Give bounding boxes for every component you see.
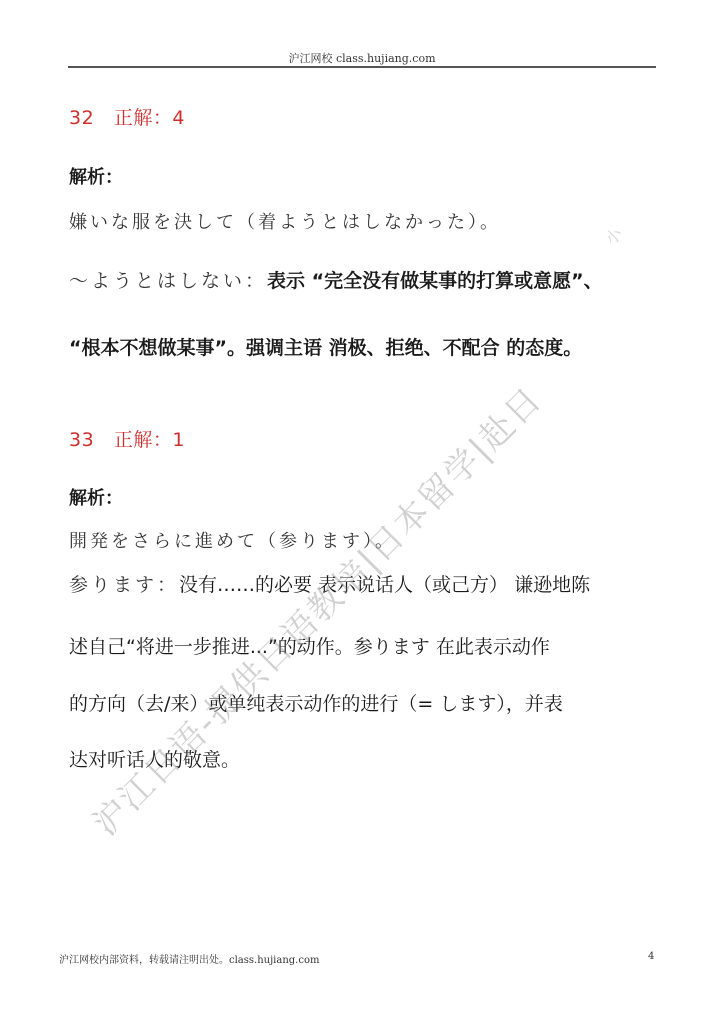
explanation-text: 表示 “完全没有做某事的打算或意愿”、 (267, 270, 603, 292)
question-number: 33 (69, 429, 94, 451)
answer-label: 正解：1 (114, 429, 185, 451)
answer-label: 正解：4 (114, 107, 185, 129)
analysis-label: 解析： (69, 163, 123, 189)
watermark-fragment: 小 (599, 222, 627, 250)
question-33-answer: 33 正解：1 (69, 425, 185, 452)
document-page: 沪江网校 class.hujiang.com 32 正解：4 解析： 嫌いな服を… (0, 0, 724, 1024)
question-sentence: 開発をさらに進めて（参ります）。 (69, 527, 396, 553)
explanation-line: ～ようとはしない：表示 “完全没有做某事的打算或意愿”、 (69, 266, 659, 293)
explanation-line: “根本不想做某事”。强调主语 消极、拒绝、不配合 的态度。 (69, 333, 659, 360)
explanation-line: 述自己“将进一步推进...”的动作。参ります 在此表示动作 (69, 632, 659, 659)
question-32-answer: 32 正解：4 (69, 103, 185, 130)
header-divider (68, 66, 656, 68)
question-sentence: 嫌いな服を決して（着ようとはしなかった）。 (69, 208, 501, 234)
explanation-text: 没有……的必要 表示说话人（或己方） 谦逊地陈 (179, 574, 590, 596)
grammar-pattern: ～ようとはしない： (69, 270, 267, 292)
grammar-pattern: 参ります： (69, 574, 179, 596)
analysis-label: 解析： (69, 484, 123, 510)
explanation-line: 的方向（去/来）或单纯表示动作的进行（= します），并表 (69, 689, 659, 716)
question-number: 32 (69, 107, 94, 129)
page-footer: 沪江网校内部资料，转载请注明出处。class.hujiang.com (59, 951, 319, 966)
page-number: 4 (648, 951, 654, 962)
explanation-line: 参ります：没有……的必要 表示说话人（或己方） 谦逊地陈 (69, 570, 659, 597)
page-header: 沪江网校 class.hujiang.com (0, 50, 724, 66)
explanation-line: 达对听话人的敬意。 (69, 745, 659, 772)
